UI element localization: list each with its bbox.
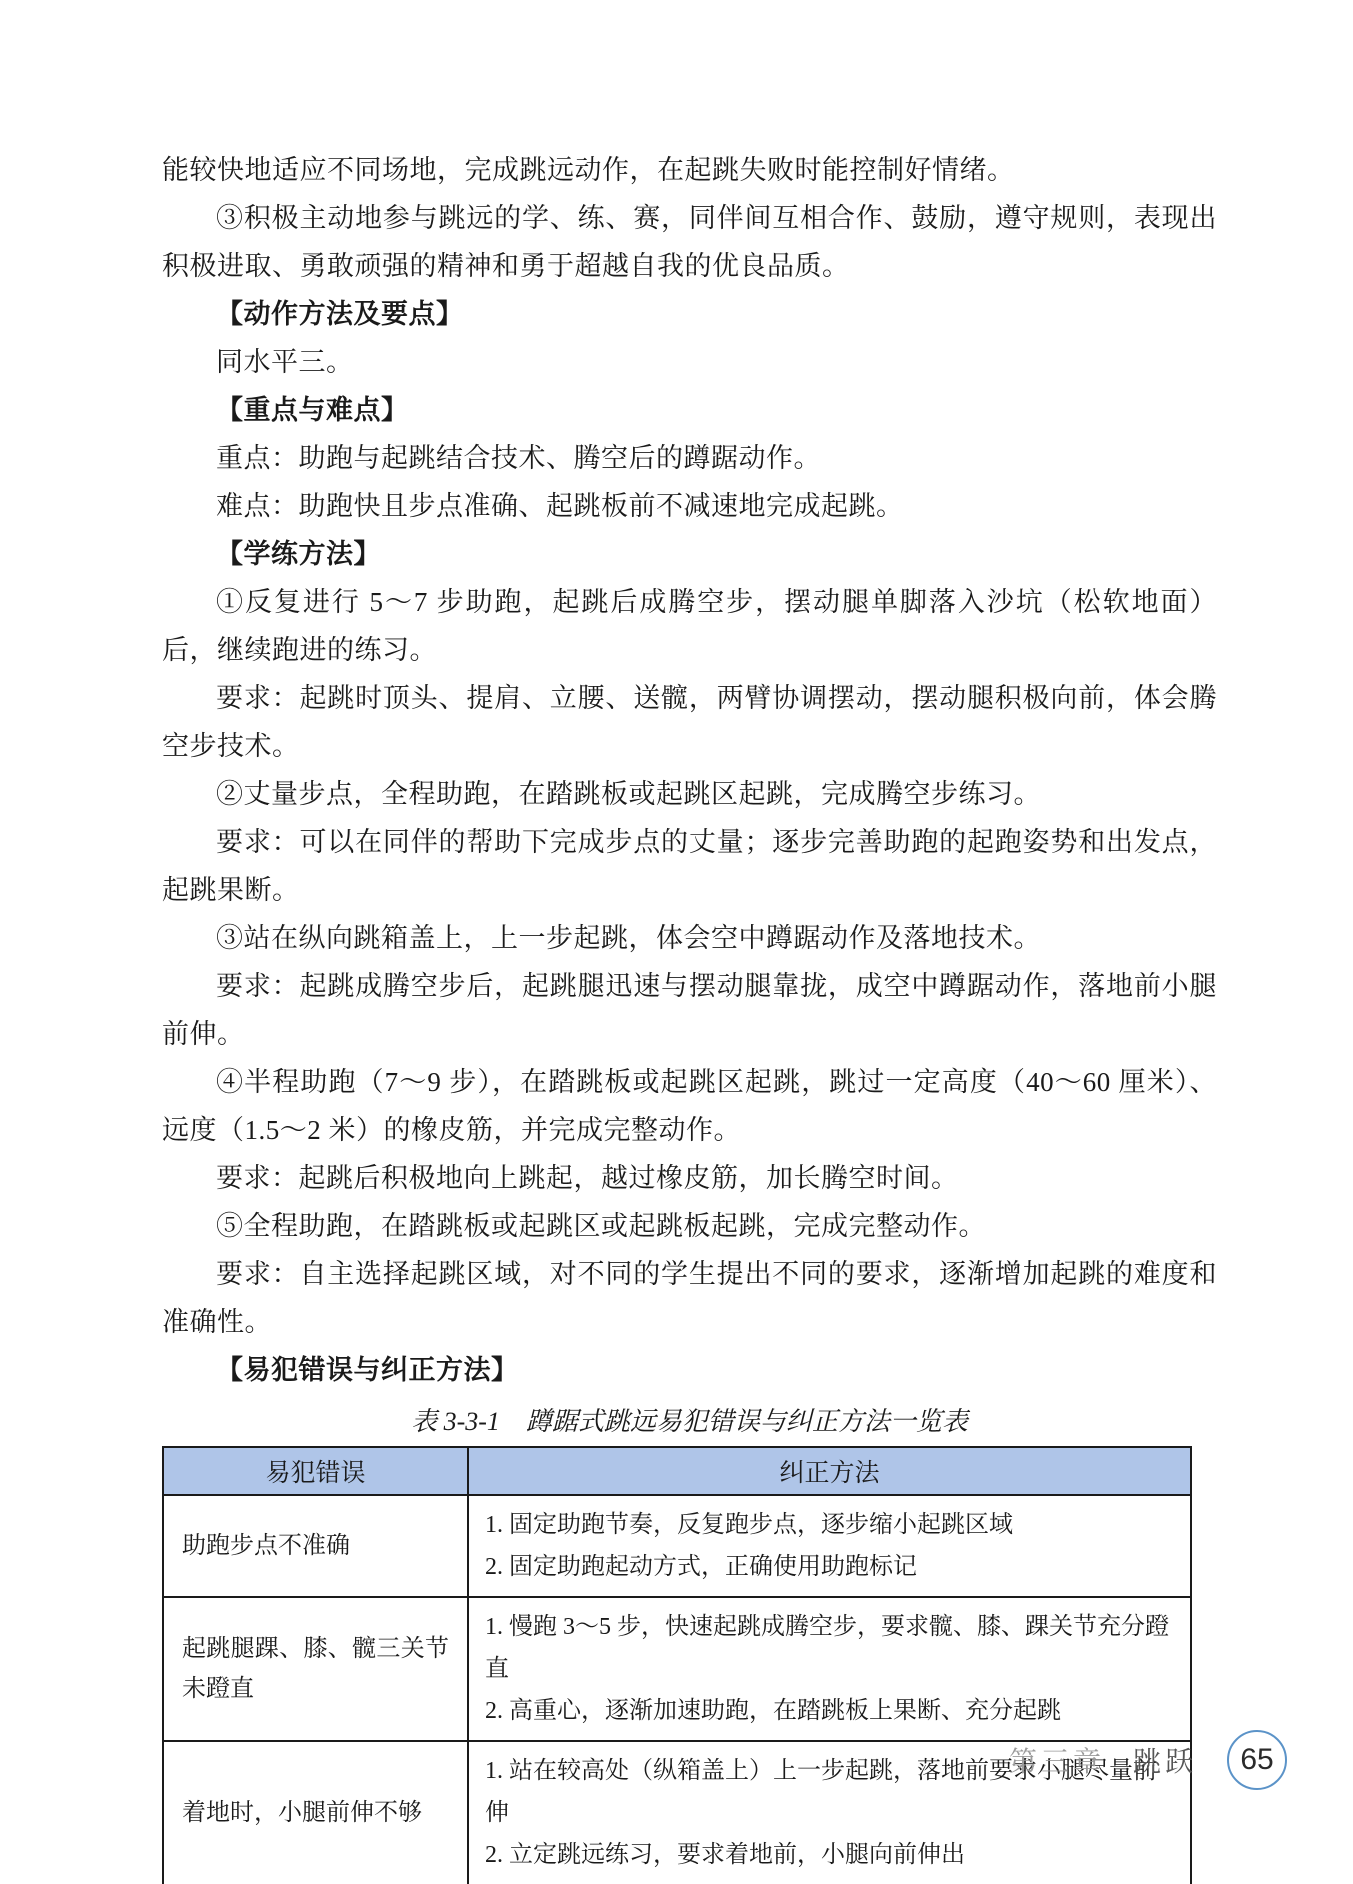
paragraph: ③积极主动地参与跳远的学、练、赛，同伴间互相合作、鼓励，遵守规则，表现出积极进取… — [162, 194, 1217, 290]
paragraph: 能较快地适应不同场地，完成跳远动作，在起跳失败时能控制好情绪。 — [162, 146, 1217, 194]
correction-item: 2. 固定助跑起动方式，正确使用助跑标记 — [485, 1546, 1174, 1588]
paragraph: 同水平三。 — [162, 338, 1217, 386]
paragraph: 要求：起跳时顶头、提肩、立腰、送髋，两臂协调摆动，摆动腿积极向前，体会腾空步技术… — [162, 674, 1217, 770]
error-cell: 起跳腿踝、膝、髋三关节未蹬直 — [163, 1597, 468, 1741]
footer-section-label: 跳跃 — [1133, 1740, 1197, 1780]
correction-item: 2. 立定跳远练习，要求着地前，小腿向前伸出 — [485, 1834, 1174, 1876]
page-number-badge: 65 — [1227, 1730, 1287, 1790]
error-cell: 助跑步点不准确 — [163, 1495, 468, 1597]
page-content: 能较快地适应不同场地，完成跳远动作，在起跳失败时能控制好情绪。 ③积极主动地参与… — [162, 146, 1217, 1884]
table-header-row: 易犯错误 纠正方法 — [163, 1447, 1191, 1495]
paragraph: ⑤全程助跑，在踏跳板或起跳区或起跳板起跳，完成完整动作。 — [162, 1202, 1217, 1250]
paragraph: 要求：自主选择起跳区域，对不同的学生提出不同的要求，逐渐增加起跳的难度和准确性。 — [162, 1250, 1217, 1346]
table-row: 起跳腿踝、膝、髋三关节未蹬直 1. 慢跑 3～5 步，快速起跳成腾空步，要求髋、… — [163, 1597, 1191, 1741]
table-header-error: 易犯错误 — [163, 1447, 468, 1495]
section-heading: 【动作方法及要点】 — [162, 290, 1217, 338]
paragraph: 要求：起跳后积极地向上跳起，越过橡皮筋，加长腾空时间。 — [162, 1154, 1217, 1202]
paragraph: 要求：起跳成腾空步后，起跳腿迅速与摆动腿靠拢，成空中蹲踞动作，落地前小腿前伸。 — [162, 962, 1217, 1058]
paragraph: ③站在纵向跳箱盖上，上一步起跳，体会空中蹲踞动作及落地技术。 — [162, 914, 1217, 962]
correction-item: 2. 高重心，逐渐加速助跑，在踏跳板上果断、充分起跳 — [485, 1690, 1174, 1732]
correction-item: 1. 固定助跑节奏，反复跑步点，逐步缩小起跳区域 — [485, 1504, 1174, 1546]
paragraph: 难点：助跑快且步点准确、起跳板前不减速地完成起跳。 — [162, 482, 1217, 530]
page-footer: 第三章 跳跃 65 — [1009, 1730, 1287, 1790]
page-number: 65 — [1240, 1743, 1273, 1777]
paragraph: ④半程助跑（7～9 步），在踏跳板或起跳区起跳，跳过一定高度（40～60 厘米）… — [162, 1058, 1217, 1154]
section-heading: 【重点与难点】 — [162, 386, 1217, 434]
table-header-correction: 纠正方法 — [468, 1447, 1191, 1495]
paragraph: ②丈量步点，全程助跑，在踏跳板或起跳区起跳，完成腾空步练习。 — [162, 770, 1217, 818]
footer-chapter-label: 第三章 — [1009, 1740, 1105, 1780]
error-cell: 着地时，小腿前伸不够 — [163, 1741, 468, 1884]
correction-item: 1. 慢跑 3～5 步，快速起跳成腾空步，要求髋、膝、踝关节充分蹬直 — [485, 1606, 1174, 1690]
paragraph: 要求：可以在同伴的帮助下完成步点的丈量；逐步完善助跑的起跑姿势和出发点，起跳果断… — [162, 818, 1217, 914]
paragraph: 重点：助跑与起跳结合技术、腾空后的蹲踞动作。 — [162, 434, 1217, 482]
correction-cell: 1. 慢跑 3～5 步，快速起跳成腾空步，要求髋、膝、踝关节充分蹬直 2. 高重… — [468, 1597, 1191, 1741]
table-row: 助跑步点不准确 1. 固定助跑节奏，反复跑步点，逐步缩小起跳区域 2. 固定助跑… — [163, 1495, 1191, 1597]
textbook-page: 能较快地适应不同场地，完成跳远动作，在起跳失败时能控制好情绪。 ③积极主动地参与… — [0, 0, 1353, 1884]
table-caption: 表 3-3-1 蹲踞式跳远易犯错误与纠正方法一览表 — [162, 1402, 1217, 1442]
correction-cell: 1. 固定助跑节奏，反复跑步点，逐步缩小起跳区域 2. 固定助跑起动方式，正确使… — [468, 1495, 1191, 1597]
errors-correction-table: 易犯错误 纠正方法 助跑步点不准确 1. 固定助跑节奏，反复跑步点，逐步缩小起跳… — [162, 1446, 1192, 1884]
section-heading: 【易犯错误与纠正方法】 — [162, 1346, 1217, 1394]
paragraph: ①反复进行 5～7 步助跑，起跳后成腾空步，摆动腿单脚落入沙坑（松软地面）后，继… — [162, 578, 1217, 674]
section-heading: 【学练方法】 — [162, 530, 1217, 578]
